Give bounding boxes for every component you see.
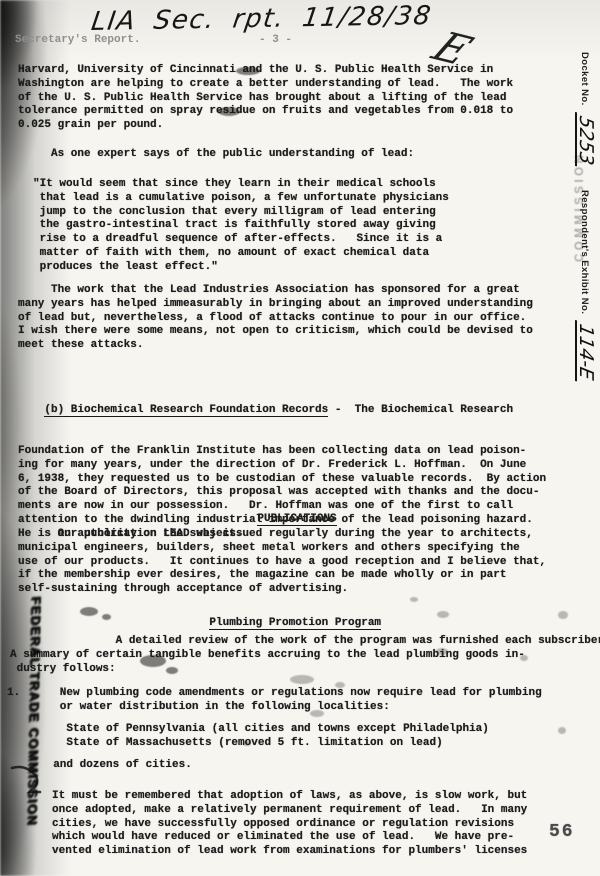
docket-number-value: 5253 — [575, 112, 594, 170]
section-b-indent — [18, 404, 44, 416]
section-b-heading: (b) Biochemical Research Foundation Reco… — [44, 404, 328, 418]
exhibit-number-label: Respondent's Exhibit No. — [579, 190, 590, 314]
paragraph-adoption-of-laws: It must be remembered that adoption of l… — [52, 790, 527, 859]
paragraph-health-service: Harvard, University of Cincinnati and th… — [18, 64, 513, 133]
section-b-heading-tail: - The Biochemical Research — [328, 404, 513, 416]
ink-speck — [437, 611, 449, 618]
scanned-document-page: LIA Sec. rpt. 11/28/38 E Secretary's Rep… — [0, 0, 600, 876]
ink-speck — [558, 611, 568, 619]
states-list: State of Pennsylvania (all cities and to… — [7, 723, 489, 751]
handwritten-note: LIA Sec. rpt. 11/28/38 — [89, 1, 433, 37]
docket-number-label: Docket No. — [579, 52, 590, 106]
list-item-plumbing-codes: 1. New plumbing code amendments or regul… — [7, 687, 542, 715]
paragraph-lia-work: The work that the Lead Industries Associ… — [18, 284, 533, 353]
page-number-header: - 3 - — [259, 34, 292, 48]
paragraph-plumbing-review: A detailed review of the work of the pro… — [10, 635, 600, 676]
page-number-stamp: 56 — [549, 822, 575, 842]
ink-speck — [558, 727, 566, 734]
margin-scribble — [6, 762, 46, 802]
exhibit-number-value: 114-E — [575, 320, 594, 385]
ink-speck — [102, 614, 111, 620]
ink-speck — [80, 607, 98, 616]
ink-speck — [410, 597, 418, 602]
section-b-first-line: (b) Biochemical Research Foundation Reco… — [18, 404, 546, 418]
paragraph-publications: Our publication LEAD was issued regularl… — [18, 528, 546, 597]
expert-quote-block: "It would seem that since they learn in … — [33, 178, 449, 275]
quote-intro: As one expert says of the public underst… — [51, 148, 414, 162]
exhibit-stamp: Docket No. 5253 Respondent's Exhibit No.… — [575, 52, 594, 383]
